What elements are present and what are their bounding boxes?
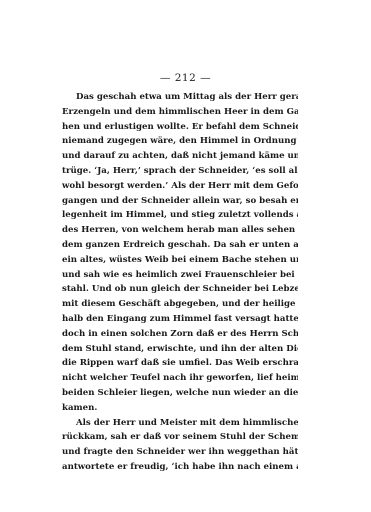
text-line: und fragte den Schneider wer ihn weggeth… bbox=[62, 445, 298, 460]
body-text: Das geschah etwa um Mittag als der Herr … bbox=[62, 90, 298, 475]
text-line: nicht welcher Teufel nach ihr geworfen, … bbox=[62, 371, 298, 386]
text-line: die Rippen warf daß sie umfiel. Das Weib… bbox=[62, 356, 298, 371]
paragraph-2: Als der Herr und Meister mit dem himmlis… bbox=[62, 416, 298, 475]
paragraph-1: Das geschah etwa um Mittag als der Herr … bbox=[62, 90, 298, 416]
text-line: des Herren, von welchem herab man alles … bbox=[62, 223, 298, 238]
text-line: mit diesem Geschäft abgegeben, und der h… bbox=[62, 297, 298, 312]
text-line: rückkam, sah er daß vor seinem Stuhl der… bbox=[62, 430, 298, 445]
text-line: stahl. Und ob nun gleich der Schneider b… bbox=[62, 282, 298, 297]
text-line: hen und erlustigen wollte. Er befahl dem… bbox=[62, 120, 298, 135]
text-line: trüge. ‘Ja, Herr,’ sprach der Schneider,… bbox=[62, 164, 298, 179]
text-line: halb den Eingang zum Himmel fast versagt… bbox=[62, 312, 298, 327]
text-line: und darauf zu achten, daß nicht jemand k… bbox=[62, 149, 298, 164]
text-line: Das geschah etwa um Mittag als der Herr … bbox=[62, 90, 298, 105]
text-line: dem Stuhl stand, erwischte, und ihn der … bbox=[62, 342, 298, 357]
page-number: — 212 — bbox=[0, 72, 371, 84]
text-line: dem ganzen Erdreich geschah. Da sah er u… bbox=[62, 238, 298, 253]
text-line: beiden Schleier liegen, welche nun wiede… bbox=[62, 386, 298, 401]
text-line: doch in einen solchen Zorn daß er des He… bbox=[62, 327, 298, 342]
text-line: kamen. bbox=[62, 401, 298, 416]
text-line: Als der Herr und Meister mit dem himmlis… bbox=[62, 416, 298, 431]
text-line: ein altes, wüstes Weib bei einem Bache s… bbox=[62, 253, 298, 268]
text-line: niemand zugegen wäre, den Himmel in Ordn… bbox=[62, 134, 298, 149]
text-line: gangen und der Schneider allein war, so … bbox=[62, 194, 298, 209]
text-line: legenheit im Himmel, und stieg zuletzt v… bbox=[62, 208, 298, 223]
text-line: antwortete er freudig, ‘ich habe ihn nac… bbox=[62, 460, 298, 475]
book-page: — 212 — Das geschah etwa um Mittag als d… bbox=[0, 0, 371, 512]
text-line: wohl besorgt werden.’ Als der Herr mit d… bbox=[62, 179, 298, 194]
text-line: Erzengeln und dem himmlischen Heer in de… bbox=[62, 105, 298, 120]
text-line: und sah wie es heimlich zwei Frauenschle… bbox=[62, 268, 298, 283]
